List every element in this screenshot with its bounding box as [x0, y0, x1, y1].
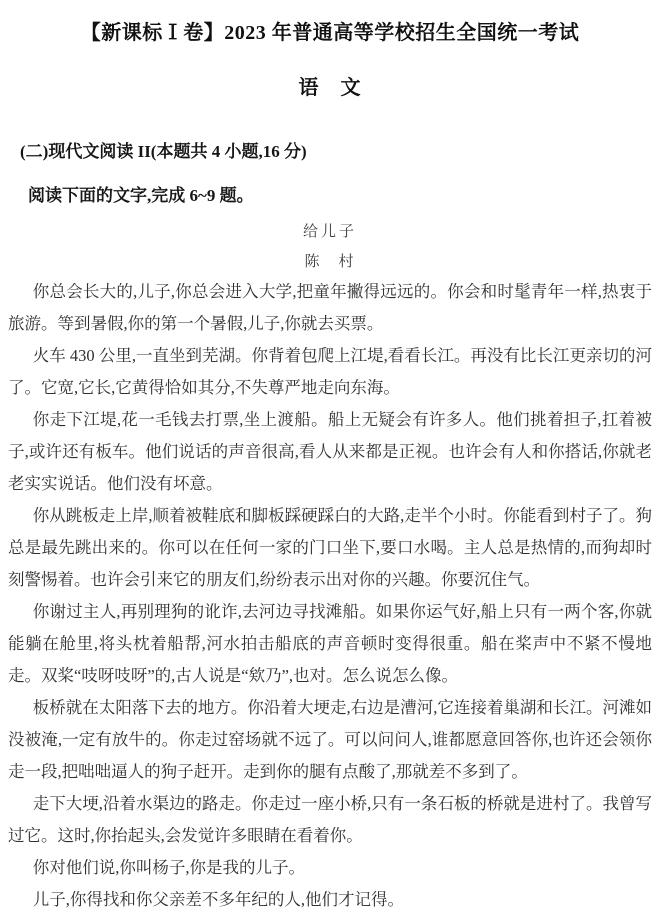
exam-paper-page: 【新课标Ⅰ卷】2023 年普通高等学校招生全国统一考试 语 文 (二)现代文阅读… — [0, 0, 660, 915]
article-paragraph: 你总会长大的,儿子,你总会进入大学,把童年撇得远远的。你会和时髦青年一样,热衷于… — [8, 276, 652, 340]
article-paragraph: 火车 430 公里,一直坐到芜湖。你背着包爬上江堤,看看长江。再没有比长江更亲切… — [8, 340, 652, 404]
article-body: 你总会长大的,儿子,你总会进入大学,把童年撇得远远的。你会和时髦青年一样,热衷于… — [8, 276, 652, 915]
section-heading: (二)现代文阅读 II(本题共 4 小题,16 分) — [8, 140, 652, 164]
article: 给儿子 陈 村 你总会长大的,儿子,你总会进入大学,把童年撇得远远的。你会和时髦… — [8, 222, 652, 915]
exam-title: 【新课标Ⅰ卷】2023 年普通高等学校招生全国统一考试 — [8, 19, 652, 47]
article-paragraph: 你对他们说,你叫杨子,你是我的儿子。 — [8, 852, 652, 884]
article-title: 给儿子 — [8, 222, 652, 242]
article-author: 陈 村 — [8, 252, 652, 272]
article-paragraph: 你谢过主人,再别理狗的讹诈,去河边寻找滩船。如果你运气好,船上只有一两个客,你就… — [8, 596, 652, 692]
reading-instruction: 阅读下面的文字,完成 6~9 题。 — [8, 184, 652, 208]
subject-title: 语 文 — [8, 74, 652, 102]
article-paragraph: 你从跳板走上岸,顺着被鞋底和脚板踩硬踩白的大路,走半个小时。你能看到村子了。狗总… — [8, 500, 652, 596]
article-paragraph: 板桥就在太阳落下去的地方。你沿着大埂走,右边是漕河,它连接着巢湖和长江。河滩如没… — [8, 692, 652, 788]
article-paragraph: 你走下江堤,花一毛钱去打票,坐上渡船。船上无疑会有许多人。他们挑着担子,扛着被子… — [8, 404, 652, 500]
article-paragraph: 儿子,你得找和你父亲差不多年纪的人,他们才记得。 — [8, 884, 652, 915]
article-paragraph: 走下大埂,沿着水渠边的路走。你走过一座小桥,只有一条石板的桥就是进村了。我曾写过… — [8, 788, 652, 852]
